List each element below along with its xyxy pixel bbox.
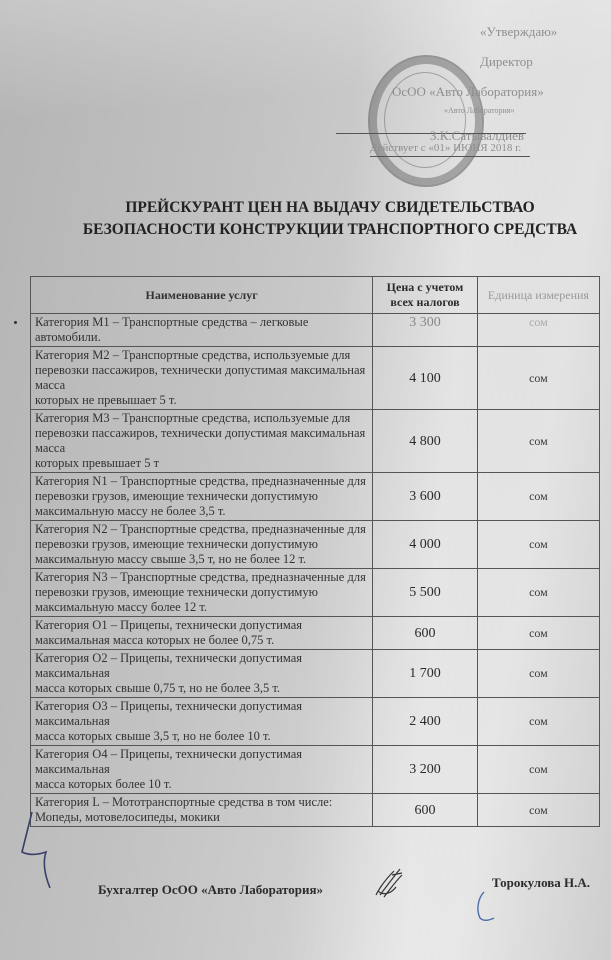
stamp-text: «Авто Лаборатория» (444, 106, 515, 115)
service-name-line: максимальную массу более 12 т. (35, 600, 368, 615)
service-name-cell: Категория N2 – Транспортные средства, пр… (31, 521, 373, 569)
service-name-line: перевозки грузов, имеющие технически доп… (35, 585, 368, 600)
service-name-line: максимальная (35, 666, 368, 681)
price-cell: 600 (373, 794, 478, 827)
service-name-line: максимальная (35, 762, 368, 777)
unit-cell: сом (477, 473, 599, 521)
unit-cell: сом (477, 746, 599, 794)
service-name-line: Категория N1 – Транспортные средства, пр… (35, 474, 368, 489)
service-name-line: перевозки грузов, имеющие технически доп… (35, 537, 368, 552)
price-cell: 4 000 (373, 521, 478, 569)
table-row: Категория O4 – Прицепы, технически допус… (31, 746, 600, 794)
service-name-line: Категория N3 – Транспортные средства, пр… (35, 570, 368, 585)
service-name-cell: Категория M2 – Транспортные средства, ис… (31, 347, 373, 410)
header-service: Наименование услуг (31, 277, 373, 314)
accountant-label: Бухгалтер ОсОО «Авто Лаборатория» (98, 882, 323, 898)
service-name-cell: Категория O2 – Прицепы, технически допус… (31, 650, 373, 698)
header-price: Цена с учетом всех налогов (373, 277, 478, 314)
service-name-line: масса которых свыше 0,75 т, но не более … (35, 681, 368, 696)
service-name-cell: Категория M1 – Транспортные средства – л… (31, 314, 373, 347)
price-cell: 1 700 (373, 650, 478, 698)
title-line-2: БЕЗОПАСНОСТИ КОНСТРУКЦИИ ТРАНСПОРТНОГО С… (60, 219, 600, 241)
service-name-cell: Категория O4 – Прицепы, технически допус… (31, 746, 373, 794)
service-name-cell: Категория M3 – Транспортные средства, ис… (31, 410, 373, 473)
service-name-line: Категория O2 – Прицепы, технически допус… (35, 651, 368, 666)
unit-cell: сом (477, 521, 599, 569)
service-name-cell: Категория L – Мототранспортные средства … (31, 794, 373, 827)
table-row: Категория N2 – Транспортные средства, пр… (31, 521, 600, 569)
approval-label: «Утверждаю» (480, 24, 557, 40)
service-name-line: Категория M2 – Транспортные средства, ис… (35, 348, 368, 363)
table-row: Категория L – Мототранспортные средства … (31, 794, 600, 827)
table-row: Категория O1 – Прицепы, технически допус… (31, 617, 600, 650)
service-name-line: Категория M3 – Транспортные средства, ис… (35, 411, 368, 426)
price-cell: 3 600 (373, 473, 478, 521)
service-name-line: перевозки пассажиров, технически допусти… (35, 363, 368, 378)
service-name-line: Категория L – Мототранспортные средства … (35, 795, 368, 810)
service-name-line: Категория N2 – Транспортные средства, пр… (35, 522, 368, 537)
table-header-row: Наименование услуг Цена с учетом всех на… (31, 277, 600, 314)
unit-cell: сом (477, 794, 599, 827)
service-name-line: максимальная масса которых не более 0,75… (35, 633, 368, 648)
approval-block: «Утверждаю» Директор ОсОО «Авто Лаборато… (0, 0, 611, 170)
service-name-line: которых превышает 5 т (35, 456, 368, 471)
unit-cell: сом (477, 410, 599, 473)
service-name-line: Категория O3 – Прицепы, технически допус… (35, 699, 368, 714)
unit-cell: сом (477, 698, 599, 746)
service-name-line: максимальную массу не более 3,5 т. (35, 504, 368, 519)
price-cell: 5 500 (373, 569, 478, 617)
table-row: Категория M2 – Транспортные средства, ис… (31, 347, 600, 410)
price-cell: 3 200 (373, 746, 478, 794)
service-name-line: масса которых свыше 3,5 т, но не более 1… (35, 729, 368, 744)
service-name-line: масса которых более 10 т. (35, 777, 368, 792)
price-cell: 4 800 (373, 410, 478, 473)
service-name-line: Категория O1 – Прицепы, технически допус… (35, 618, 368, 633)
date-underline (370, 156, 530, 157)
price-cell: 3 300 (373, 314, 478, 347)
table-row: Категория M3 – Транспортные средства, ис… (31, 410, 600, 473)
service-name-line: Мопеды, мотовелосипеды, мокики (35, 810, 368, 825)
price-cell: 600 (373, 617, 478, 650)
table-row: Категория O3 – Прицепы, технически допус… (31, 698, 600, 746)
unit-cell: сом (477, 347, 599, 410)
price-cell: 4 100 (373, 347, 478, 410)
service-name-cell: Категория N3 – Транспортные средства, пр… (31, 569, 373, 617)
price-list-table: Наименование услуг Цена с учетом всех на… (30, 276, 600, 827)
service-name-line: Категория O4 – Прицепы, технически допус… (35, 747, 368, 762)
service-name-line: перевозки пассажиров, технически допусти… (35, 426, 368, 441)
service-name-line: масса (35, 441, 368, 456)
pen-mark (470, 888, 500, 928)
table-row: Категория M1 – Транспортные средства – л… (31, 314, 600, 347)
service-name-cell: Категория O3 – Прицепы, технически допус… (31, 698, 373, 746)
service-name-line: максимальная (35, 714, 368, 729)
service-name-line: максимальную массу свыше 3,5 т, но не бо… (35, 552, 368, 567)
header-unit: Единица измерения (477, 277, 599, 314)
table-row: Категория N1 – Транспортные средства, пр… (31, 473, 600, 521)
unit-cell: сом (477, 569, 599, 617)
service-name-line: которых не превышает 5 т. (35, 393, 368, 408)
table-row: Категория N3 – Транспортные средства, пр… (31, 569, 600, 617)
approval-position: Директор (480, 54, 533, 70)
accountant-signature (372, 865, 408, 901)
service-name-line: автомобили. (35, 330, 368, 345)
unit-cell: сом (477, 650, 599, 698)
approval-organization: ОсОО «Авто Лаборатория» (392, 84, 544, 100)
approval-validity-date: Действует с «01» ИЮНЯ 2018 г. (370, 142, 521, 154)
unit-cell: сом (477, 617, 599, 650)
service-name-line: перевозки грузов, имеющие технически доп… (35, 489, 368, 504)
price-cell: 2 400 (373, 698, 478, 746)
unit-cell: сом (477, 314, 599, 347)
table-row: Категория O2 – Прицепы, технически допус… (31, 650, 600, 698)
service-name-cell: Категория N1 – Транспортные средства, пр… (31, 473, 373, 521)
title-line-1: ПРЕЙСКУРАНТ ЦЕН НА ВЫДАЧУ СВИДЕТЕЛЬСТВАО (60, 197, 600, 219)
document-title: ПРЕЙСКУРАНТ ЦЕН НА ВЫДАЧУ СВИДЕТЕЛЬСТВАО… (60, 197, 600, 241)
service-name-line: масса (35, 378, 368, 393)
accountant-name: Торокулова Н.А. (492, 875, 590, 891)
service-name-line: Категория M1 – Транспортные средства – л… (35, 315, 368, 330)
service-name-cell: Категория O1 – Прицепы, технически допус… (31, 617, 373, 650)
margin-mark (14, 321, 17, 324)
pen-check-mark (16, 808, 66, 898)
table-body: Категория M1 – Транспортные средства – л… (31, 314, 600, 827)
